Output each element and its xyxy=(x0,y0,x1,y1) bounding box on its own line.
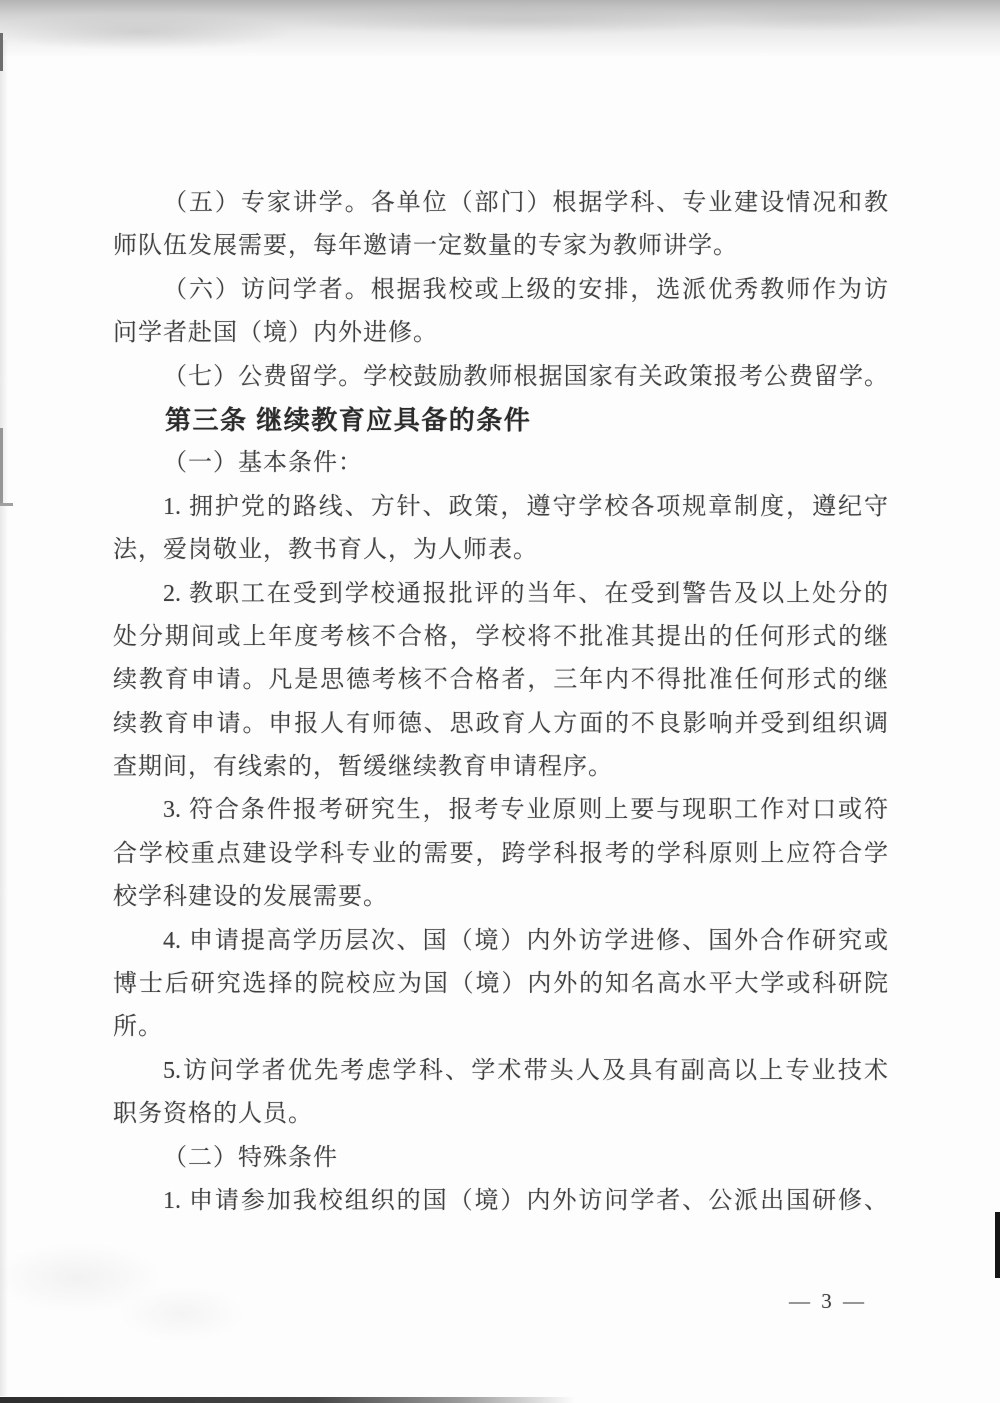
scan-artifact-bottom-bar xyxy=(0,1397,575,1403)
text-line: 续教育申请。凡是思德考核不合格者，三年内不得批准任何形式的继 xyxy=(113,659,888,702)
text-line: 所。 xyxy=(113,1006,888,1049)
text-line: 5.访问学者优先考虑学科、学术带头人及具有副高以上专业技术 xyxy=(113,1050,888,1093)
scan-artifact-right-edge-bar xyxy=(995,1212,1000,1278)
text-line: 4. 申请提高学历层次、国（境）内外访学进修、国外合作研究或 xyxy=(113,920,888,963)
text-line: （二）特殊条件 xyxy=(113,1137,888,1180)
page-number: — 3 — xyxy=(789,1289,889,1314)
scanned-page: （五）专家讲学。各单位（部门）根据学科、专业建设情况和教师队伍发展需要，每年邀请… xyxy=(0,0,1000,1403)
text-line: （六）访问学者。根据我校或上级的安排，选派优秀教师作为访 xyxy=(113,269,888,312)
text-line: 职务资格的人员。 xyxy=(113,1093,888,1136)
text-line: （七）公费留学。学校鼓励教师根据国家有关政策报考公费留学。 xyxy=(113,356,888,399)
text-line: 合学校重点建设学科专业的需要，跨学科报考的学科原则上应符合学 xyxy=(113,833,888,876)
text-line: 查期间，有线索的，暂缓继续教育申请程序。 xyxy=(113,746,888,789)
text-line: 1. 申请参加我校组织的国（境）内外访问学者、公派出国研修、 xyxy=(113,1180,888,1223)
scan-artifact-top-band xyxy=(0,0,1000,58)
text-line: 3. 符合条件报考研究生，报考专业原则上要与现职工作对口或符 xyxy=(113,789,888,832)
text-line: 2. 教职工在受到学校通报批评的当年、在受到警告及以上处分的 xyxy=(113,573,888,616)
text-line: 问学者赴国（境）内外进修。 xyxy=(113,312,888,355)
text-line: 博士后研究选择的院校应为国（境）内外的知名高水平大学或科研院 xyxy=(113,963,888,1006)
scan-artifact-left-shade xyxy=(0,40,8,1396)
document-body: （五）专家讲学。各单位（部门）根据学科、专业建设情况和教师队伍发展需要，每年邀请… xyxy=(113,182,888,1223)
scan-artifact-left-dash xyxy=(0,33,3,71)
text-line: 1. 拥护党的路线、方针、政策，遵守学校各项规章制度，遵纪守 xyxy=(113,486,888,529)
scan-artifact-left-tick xyxy=(0,503,13,506)
heading-line: 第三条 继续教育应具备的条件 xyxy=(113,399,888,442)
scan-artifact-left-bracket xyxy=(0,428,3,506)
text-line: 师队伍发展需要，每年邀请一定数量的专家为教师讲学。 xyxy=(113,225,888,268)
text-line: （五）专家讲学。各单位（部门）根据学科、专业建设情况和教 xyxy=(113,182,888,225)
text-line: 续教育申请。申报人有师德、思政育人方面的不良影响并受到组织调 xyxy=(113,703,888,746)
scan-artifact-bottom-mottle xyxy=(0,1230,260,1350)
text-line: （一）基本条件： xyxy=(113,442,888,485)
text-line: 法，爱岗敬业，教书育人，为人师表。 xyxy=(113,529,888,572)
text-line: 校学科建设的发展需要。 xyxy=(113,876,888,919)
text-line: 处分期间或上年度考核不合格，学校将不批准其提出的任何形式的继 xyxy=(113,616,888,659)
